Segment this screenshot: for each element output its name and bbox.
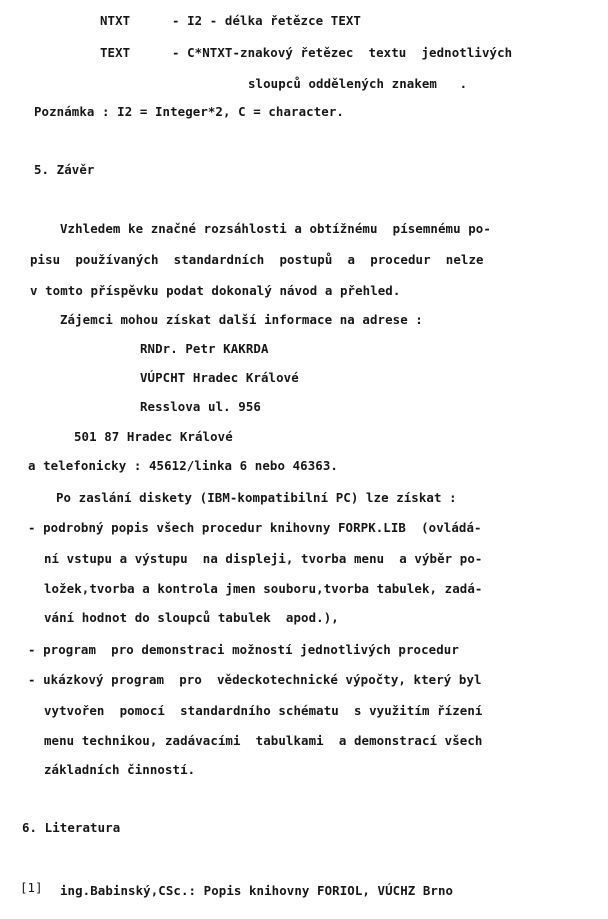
- document-page: NTXT - I2 - délka řetězce TEXT TEXT - C*…: [0, 0, 608, 919]
- list-item-line: vání hodnot do sloupců tabulek apod.),: [44, 610, 339, 626]
- contact-intro: Zájemci mohou získat další informace na …: [60, 312, 423, 328]
- list-item-line: - ukázkový program pro vědeckotechnické …: [28, 672, 482, 688]
- paragraph-line: Vzhledem ke značné rozsáhlosti a obtížné…: [60, 221, 491, 237]
- list-item-line: ložek,tvorba a kontrola jmen souboru,tvo…: [44, 581, 482, 597]
- reference-label: [1]: [20, 880, 43, 896]
- param-name-text: TEXT: [100, 45, 130, 61]
- list-item-line: menu technikou, zadávacími tabulkami a d…: [44, 733, 482, 749]
- list-item-line: ní vstupu a výstupu na displeji, tvorba …: [44, 551, 482, 567]
- section-6-heading: 6. Literatura: [22, 820, 120, 836]
- paragraph-line: pisu používaných standardních postupů a …: [30, 252, 484, 268]
- address-institution: VÚPCHT Hradec Králové: [140, 370, 299, 386]
- param-desc-text-continuation: sloupců oddělených znakem .: [248, 76, 467, 92]
- address-street: Resslova ul. 956: [140, 399, 261, 415]
- note: Poznámka : I2 = Integer*2, C = character…: [34, 104, 344, 120]
- reference-text: ing.Babinský,CSc.: Popis knihovny FORIOL…: [60, 883, 453, 899]
- list-item-line: vytvořen pomocí standardního schématu s …: [44, 703, 482, 719]
- diskette-intro: Po zaslání diskety (IBM-kompatibilní PC)…: [56, 490, 457, 506]
- paragraph-line: v tomto příspěvku podat dokonalý návod a…: [30, 283, 400, 299]
- list-item-line: - podrobný popis všech procedur knihovny…: [28, 520, 482, 536]
- address-city: 501 87 Hradec Králové: [74, 429, 233, 445]
- param-name-ntxt: NTXT: [100, 13, 130, 29]
- address-name: RNDr. Petr KAKRDA: [140, 341, 269, 357]
- param-desc-text: - C*NTXT-znakový řetězec textu jednotliv…: [172, 45, 512, 61]
- list-item-line: základních činností.: [44, 762, 195, 778]
- section-5-heading: 5. Závěr: [34, 162, 94, 178]
- phone-line: a telefonicky : 45612/linka 6 nebo 46363…: [28, 458, 338, 474]
- param-desc-ntxt: - I2 - délka řetězce TEXT: [172, 13, 361, 29]
- list-item-line: - program pro demonstraci možností jedno…: [28, 642, 459, 658]
